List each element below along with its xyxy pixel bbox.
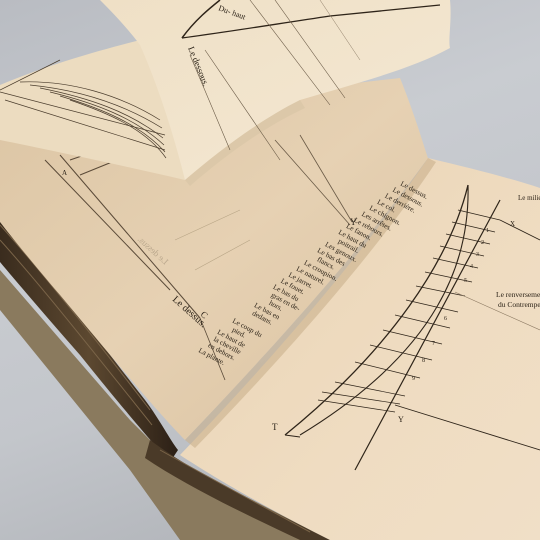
right-margin-label-milieu: Le milieu [518, 194, 540, 202]
book-illustration: Le dessus. C Le dessus. Y Le dessus. Le … [0, 0, 540, 540]
right-margin-label-renversement: Le renversement [496, 290, 540, 299]
axis-letter-t: T [272, 422, 278, 432]
scale-number: 2 [481, 240, 484, 246]
scale-number: 7 [432, 341, 435, 347]
scale-number: 1 [486, 228, 489, 234]
scale-number: 6 [444, 316, 447, 322]
scale-number: 4 [470, 264, 473, 270]
scale-number: 3 [476, 252, 479, 258]
scale-number: 5 [464, 278, 467, 284]
plate-letter-a: A [62, 169, 67, 177]
scale-number: 8 [422, 358, 425, 364]
scale-number: 9 [412, 376, 415, 382]
right-margin-label-contrempe: du Contrempe [498, 300, 540, 309]
book-photo: Le dessus. C Le dessus. Y Le dessus. Le … [0, 0, 540, 540]
axis-letter-y: Y [398, 415, 404, 424]
axis-letter-x: X [510, 220, 515, 228]
